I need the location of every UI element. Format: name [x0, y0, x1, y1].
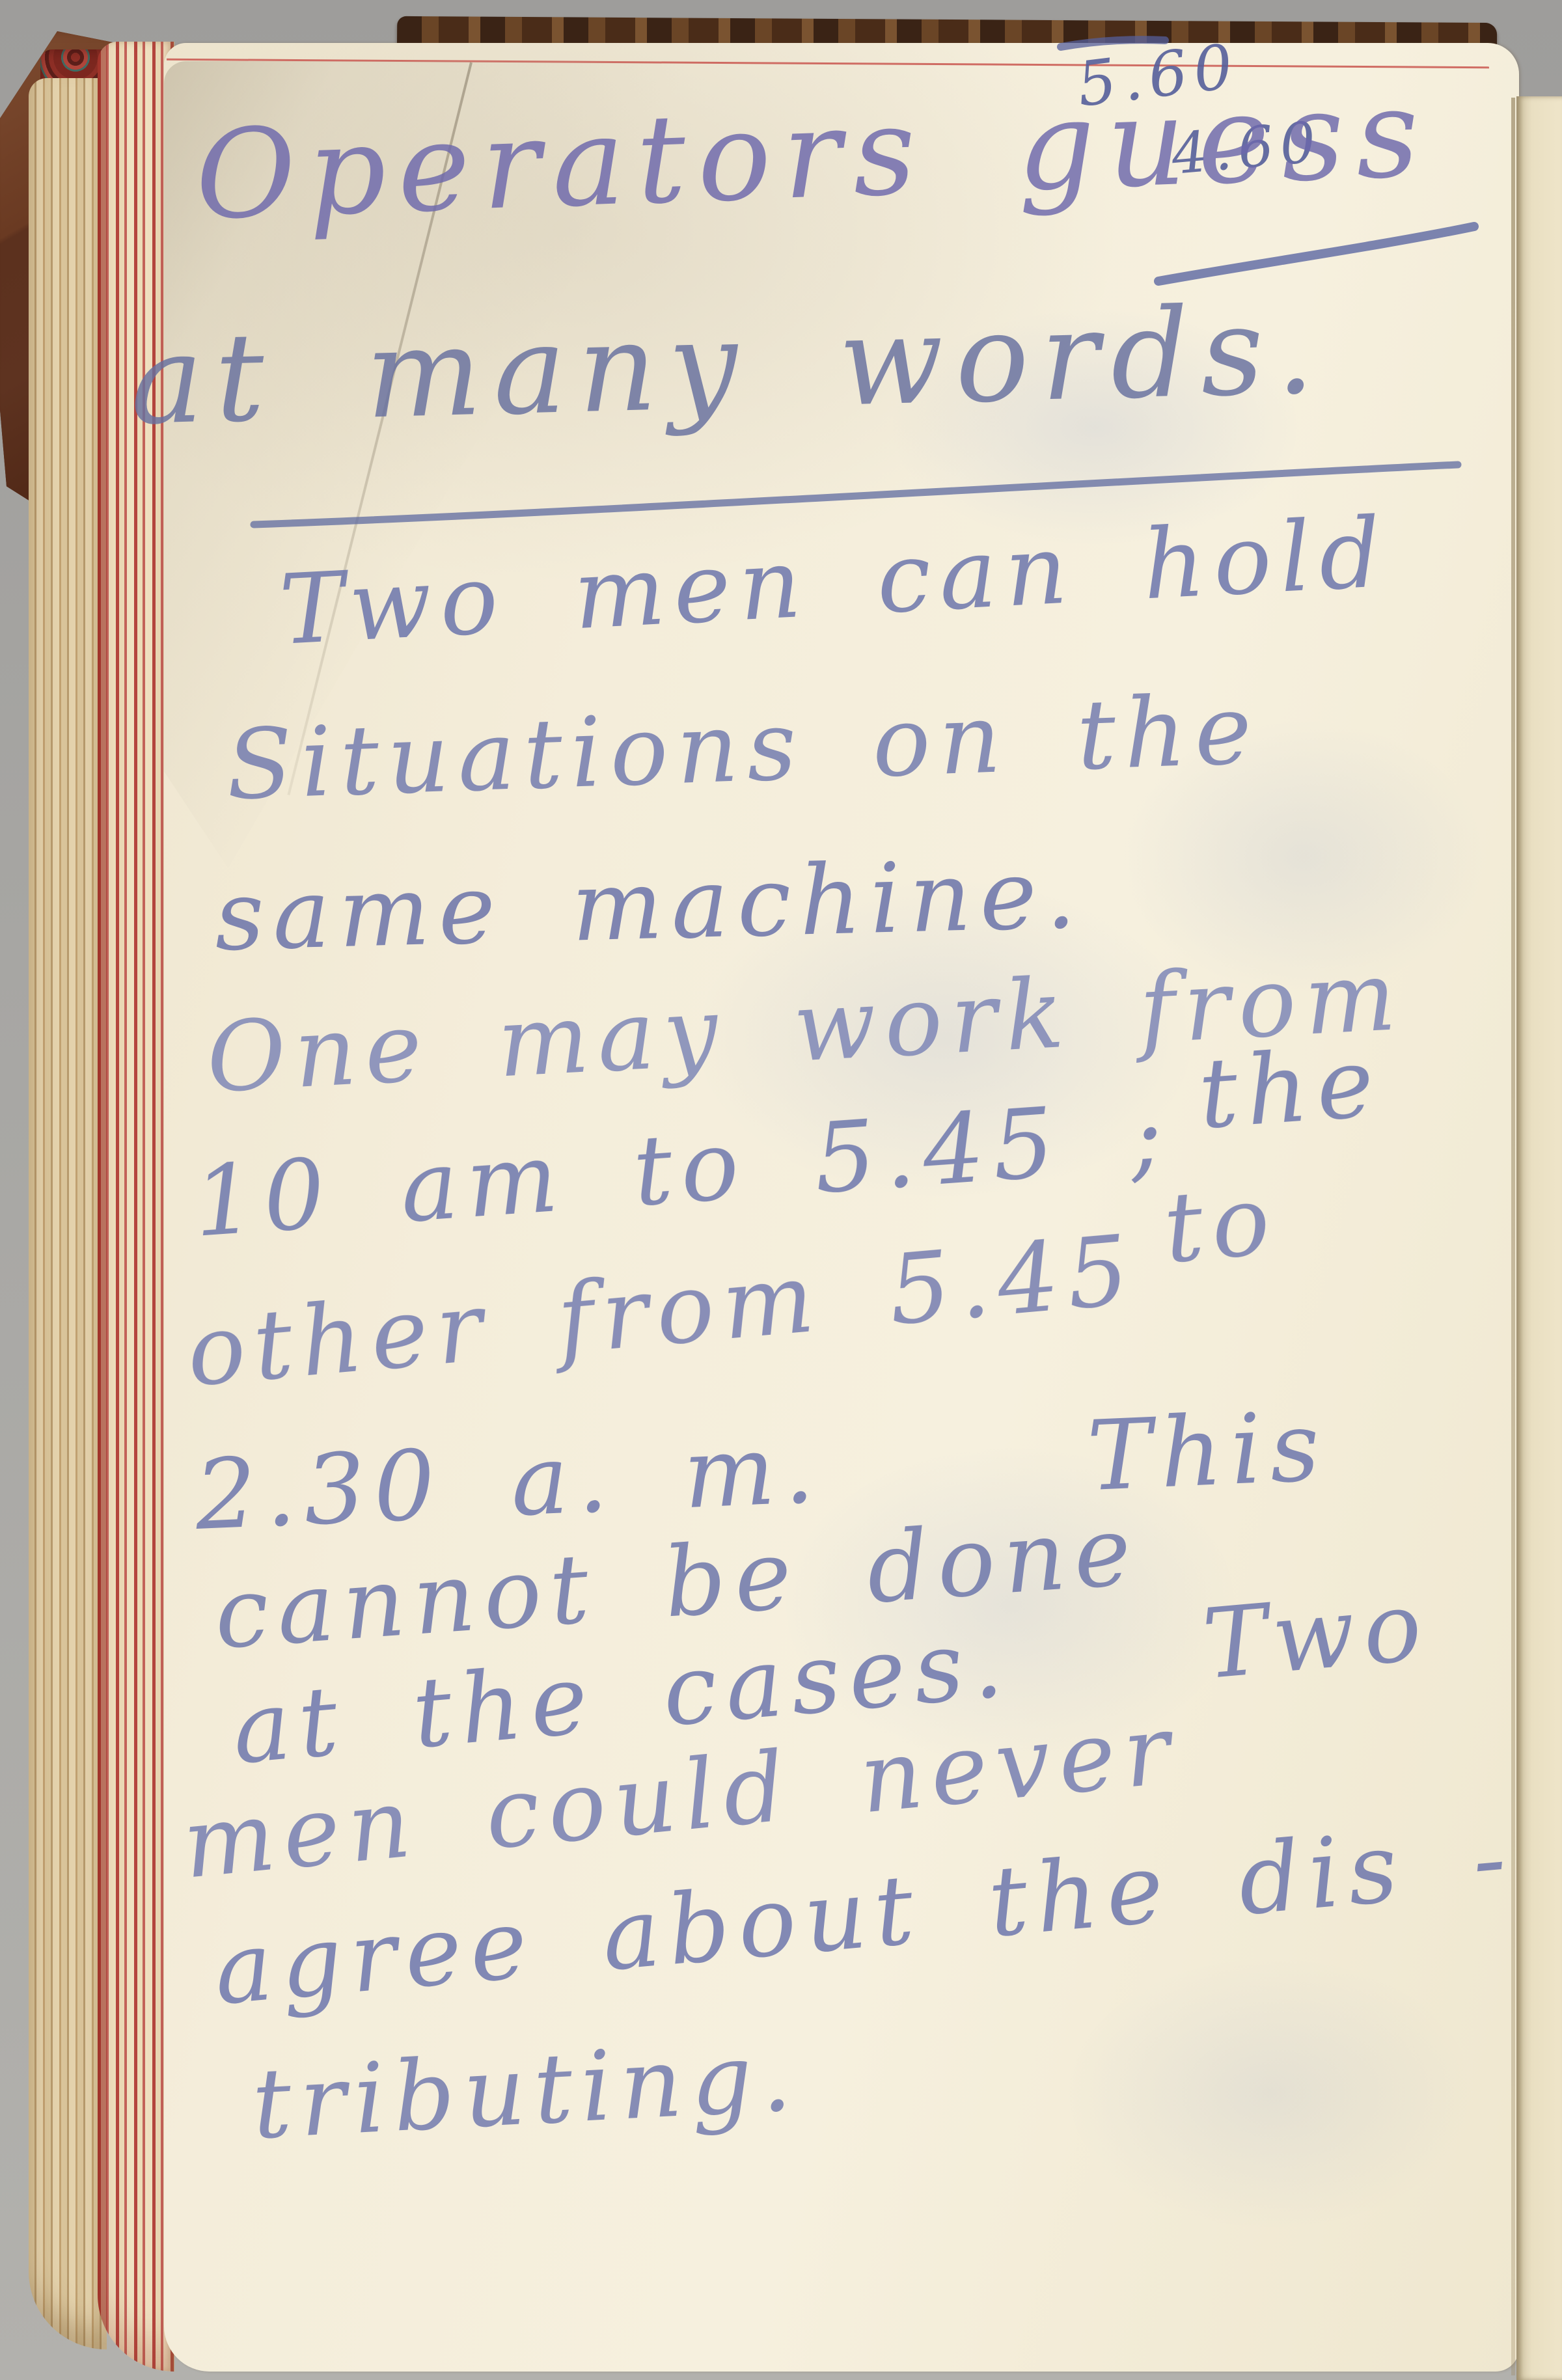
line-text: same machine. [213, 838, 1086, 972]
line-raised-word: the [1195, 1026, 1386, 1150]
adjacent-page-edge [1516, 96, 1562, 2380]
scanned-notebook-photo: 5.60 4.60 Operators guess at many words.… [0, 0, 1562, 2380]
line-raised-word: to [1160, 1164, 1283, 1285]
page-block-edge [29, 78, 107, 2349]
